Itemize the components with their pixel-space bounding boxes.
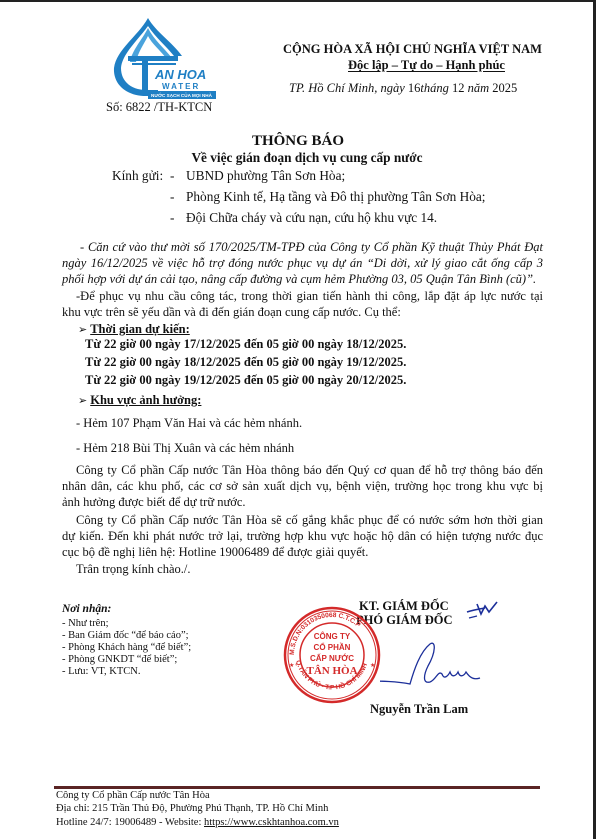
recipient-item: -Đội Chữa cháy và cứu nạn, cứu hộ khu vự… <box>170 210 437 226</box>
svg-text:CỔ PHẦN: CỔ PHẦN <box>314 642 351 652</box>
national-title: CỘNG HÒA XÃ HỘI CHỦ NGHĨA VIỆT NAM <box>283 42 542 57</box>
svg-text:NƯỚC SẠCH CỦA MỌI NHÀ: NƯỚC SẠCH CỦA MỌI NHÀ <box>151 91 213 98</box>
svg-text:CÔNG TY: CÔNG TY <box>314 632 351 641</box>
recipients-label: Kính gửi: <box>112 168 163 184</box>
purpose-line: -Để phục vụ nhu cầu công tác, trong thời… <box>76 288 543 305</box>
recipient-item: -UBND phường Tân Sơn Hòa; <box>170 168 345 184</box>
recipient-item: -Phòng Kinh tế, Hạ tầng và Đô thị phường… <box>170 189 486 205</box>
footer-divider <box>54 786 540 789</box>
footer-address: Địa chỉ: 215 Trần Thủ Độ, Phường Phú Thạ… <box>56 803 328 814</box>
notice-line: nhân dân, các khu phố, các cơ sở sản xuấ… <box>62 478 543 495</box>
signer-name: Nguyễn Trần Lam <box>370 702 468 717</box>
svg-text:WATER: WATER <box>162 82 200 91</box>
document-title: THÔNG BÁO <box>0 133 596 150</box>
company-seal: M.S.D.N:0310350068 C.T.C.P Q.TÂN PHÚ - T… <box>282 605 382 705</box>
date-day: 16 <box>408 81 421 95</box>
website-link[interactable]: https://www.cskhtanhoa.com.vn <box>204 817 339 828</box>
restore-line: cục bộ đề nghị liên hệ: Hotline 19006489… <box>62 544 543 561</box>
svg-text:AN HOA: AN HOA <box>154 67 206 82</box>
window-frame-top <box>0 0 596 2</box>
distribution-label: Nơi nhận: <box>62 603 111 615</box>
tan-hoa-water-logo: AN HOA WATER NƯỚC SẠCH CỦA MỌI NHÀ <box>108 16 216 100</box>
basis-line: phối hợp với dự án cải tạo, nâng cấp đườ… <box>62 271 543 288</box>
basis-line: ngày 16/12/2025 về việc hỗ trợ đóng nước… <box>62 255 543 272</box>
notice-line: ảnh hưởng được biết để dự trữ nước. <box>62 494 543 511</box>
area-item: - Hẻm 107 Phạm Văn Hai và các hẻm nhánh. <box>76 416 302 431</box>
svg-text:CẤP NƯỚC: CẤP NƯỚC <box>310 653 354 663</box>
distribution-item: - Phòng Khách hàng “để biết”; <box>62 642 191 654</box>
area-heading: ➢Khu vực ảnh hưởng: <box>78 391 201 409</box>
schedule-heading: ➢Thời gian dự kiến: <box>78 320 190 338</box>
issue-date: TP. Hồ Chí Minh, ngày 16tháng 12 năm 202… <box>289 81 517 96</box>
footer-hotline: Hotline 24/7: 19006489 - Website: <box>56 817 204 828</box>
distribution-item: - Như trên; <box>62 618 109 630</box>
schedule-item: Từ 22 giờ 00 ngày 19/12/2025 đến 05 giờ … <box>85 373 406 388</box>
arrow-bullet-icon: ➢ <box>78 394 87 407</box>
distribution-item: - Ban Giám đốc “để báo cáo”; <box>62 630 189 642</box>
footer-company: Công ty Cổ phần Cấp nước Tân Hòa <box>56 790 210 801</box>
notice-line: Công ty Cổ phần Cấp nước Tân Hòa thông b… <box>76 462 543 479</box>
date-month: 12 <box>452 81 465 95</box>
basis-line: - Căn cứ vào thư mời số 170/2025/TM-TPĐ … <box>80 239 543 256</box>
document-subtitle: Về việc gián đoạn dịch vụ cung cấp nước <box>0 150 596 166</box>
initial-signature-mark <box>465 598 505 620</box>
handwritten-signature <box>380 640 490 690</box>
arrow-bullet-icon: ➢ <box>78 323 87 336</box>
restore-line: dự kiến. Đến khi phát nước trở lại, trườ… <box>62 528 543 545</box>
restore-line: Công ty Cổ phần Cấp nước Tân Hòa sẽ cố g… <box>76 512 543 529</box>
date-month-label: tháng <box>420 81 452 95</box>
date-year-label: năm <box>464 81 492 95</box>
svg-text:TÂN HÒA: TÂN HÒA <box>306 665 357 677</box>
distribution-item: - Lưu: VT, KTCN. <box>62 666 141 678</box>
footer-contact: Hotline 24/7: 19006489 - Website: https:… <box>56 817 339 828</box>
document-number: Số: 6822 /TH-KTCN <box>106 100 212 115</box>
svg-text:★: ★ <box>289 662 294 669</box>
svg-text:★: ★ <box>370 662 375 669</box>
date-prefix: TP. Hồ Chí Minh, ngày <box>289 81 408 95</box>
date-year: 2025 <box>492 81 517 95</box>
schedule-item: Từ 22 giờ 00 ngày 17/12/2025 đến 05 giờ … <box>85 337 406 352</box>
distribution-item: - Phòng GNKDT “để biết”; <box>62 654 177 666</box>
closing-text: Trân trọng kính chào./. <box>76 562 190 577</box>
schedule-item: Từ 22 giờ 00 ngày 18/12/2025 đến 05 giờ … <box>85 355 406 370</box>
national-motto: Độc lập – Tự do – Hạnh phúc <box>348 58 505 73</box>
area-item: - Hẻm 218 Bùi Thị Xuân và các hẻm nhánh <box>76 441 294 456</box>
purpose-line: khu vực trên sẽ yếu dần và đi đến gián đ… <box>62 304 543 321</box>
